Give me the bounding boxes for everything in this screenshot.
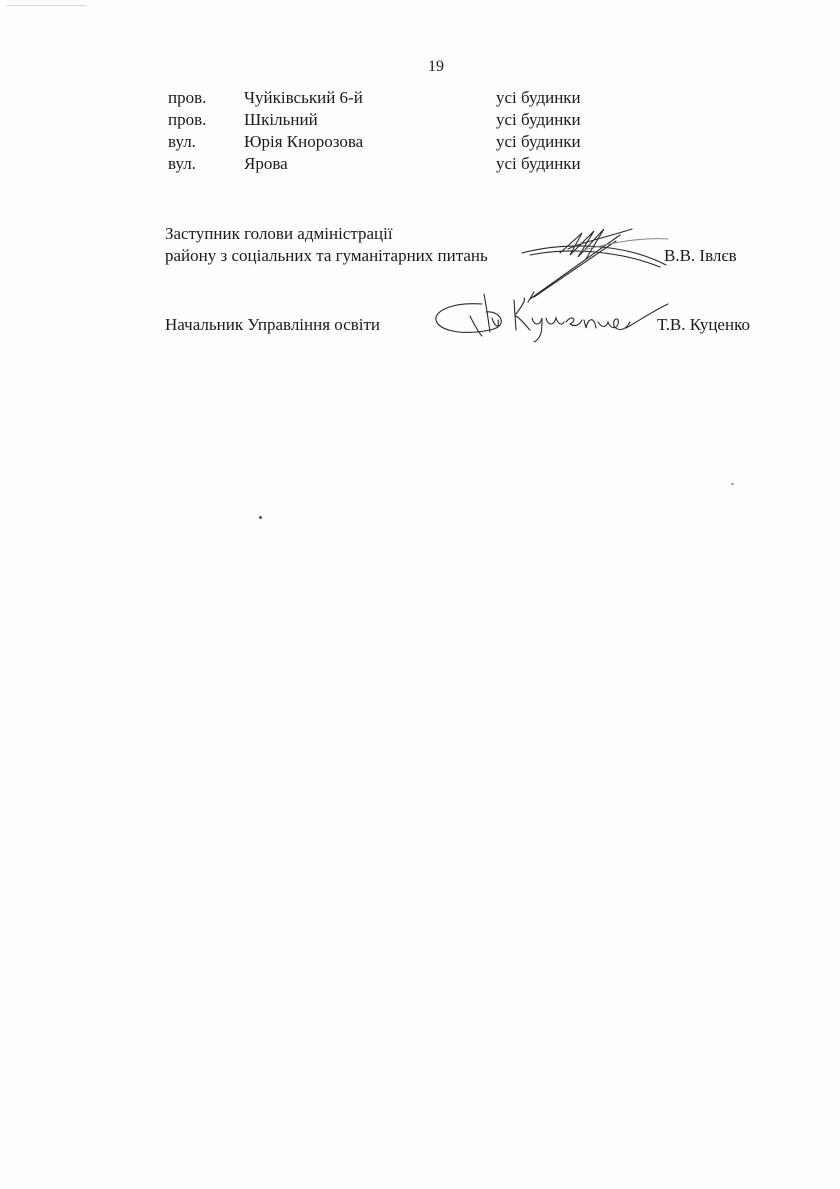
street-type: вул.: [168, 132, 196, 152]
street-name: Чуйківський 6-й: [244, 88, 363, 108]
houses-range: усі будинки: [496, 110, 581, 130]
signatory-2-title: Начальник Управління освіти: [165, 314, 380, 336]
signatory-2-name: Т.В. Куценко: [657, 314, 750, 336]
street-name: Шкільний: [244, 110, 318, 130]
page-number: 19: [428, 58, 444, 76]
signatory-1-title-line2: району з соціальних та гуманітарних пита…: [165, 245, 488, 267]
street-type: пров.: [168, 110, 206, 130]
houses-range: усі будинки: [496, 154, 581, 174]
scan-artifact-line: [6, 5, 86, 6]
handwritten-signature-2: [430, 290, 670, 350]
street-type: пров.: [168, 88, 206, 108]
scan-speck: [259, 516, 262, 519]
houses-range: усі будинки: [496, 132, 581, 152]
signatory-1-title-line1: Заступник голови адміністрації: [165, 223, 488, 245]
street-type: вул.: [168, 154, 196, 174]
street-name: Ярова: [244, 154, 288, 174]
scan-speck: [731, 483, 734, 485]
street-name: Юрія Кнорозова: [244, 132, 363, 152]
document-page: 19 пров. Чуйківський 6-й усі будинки про…: [0, 0, 840, 1189]
houses-range: усі будинки: [496, 88, 581, 108]
signatory-1-title: Заступник голови адміністрації району з …: [165, 223, 488, 267]
signatory-1-name: В.В. Івлєв: [664, 245, 737, 267]
